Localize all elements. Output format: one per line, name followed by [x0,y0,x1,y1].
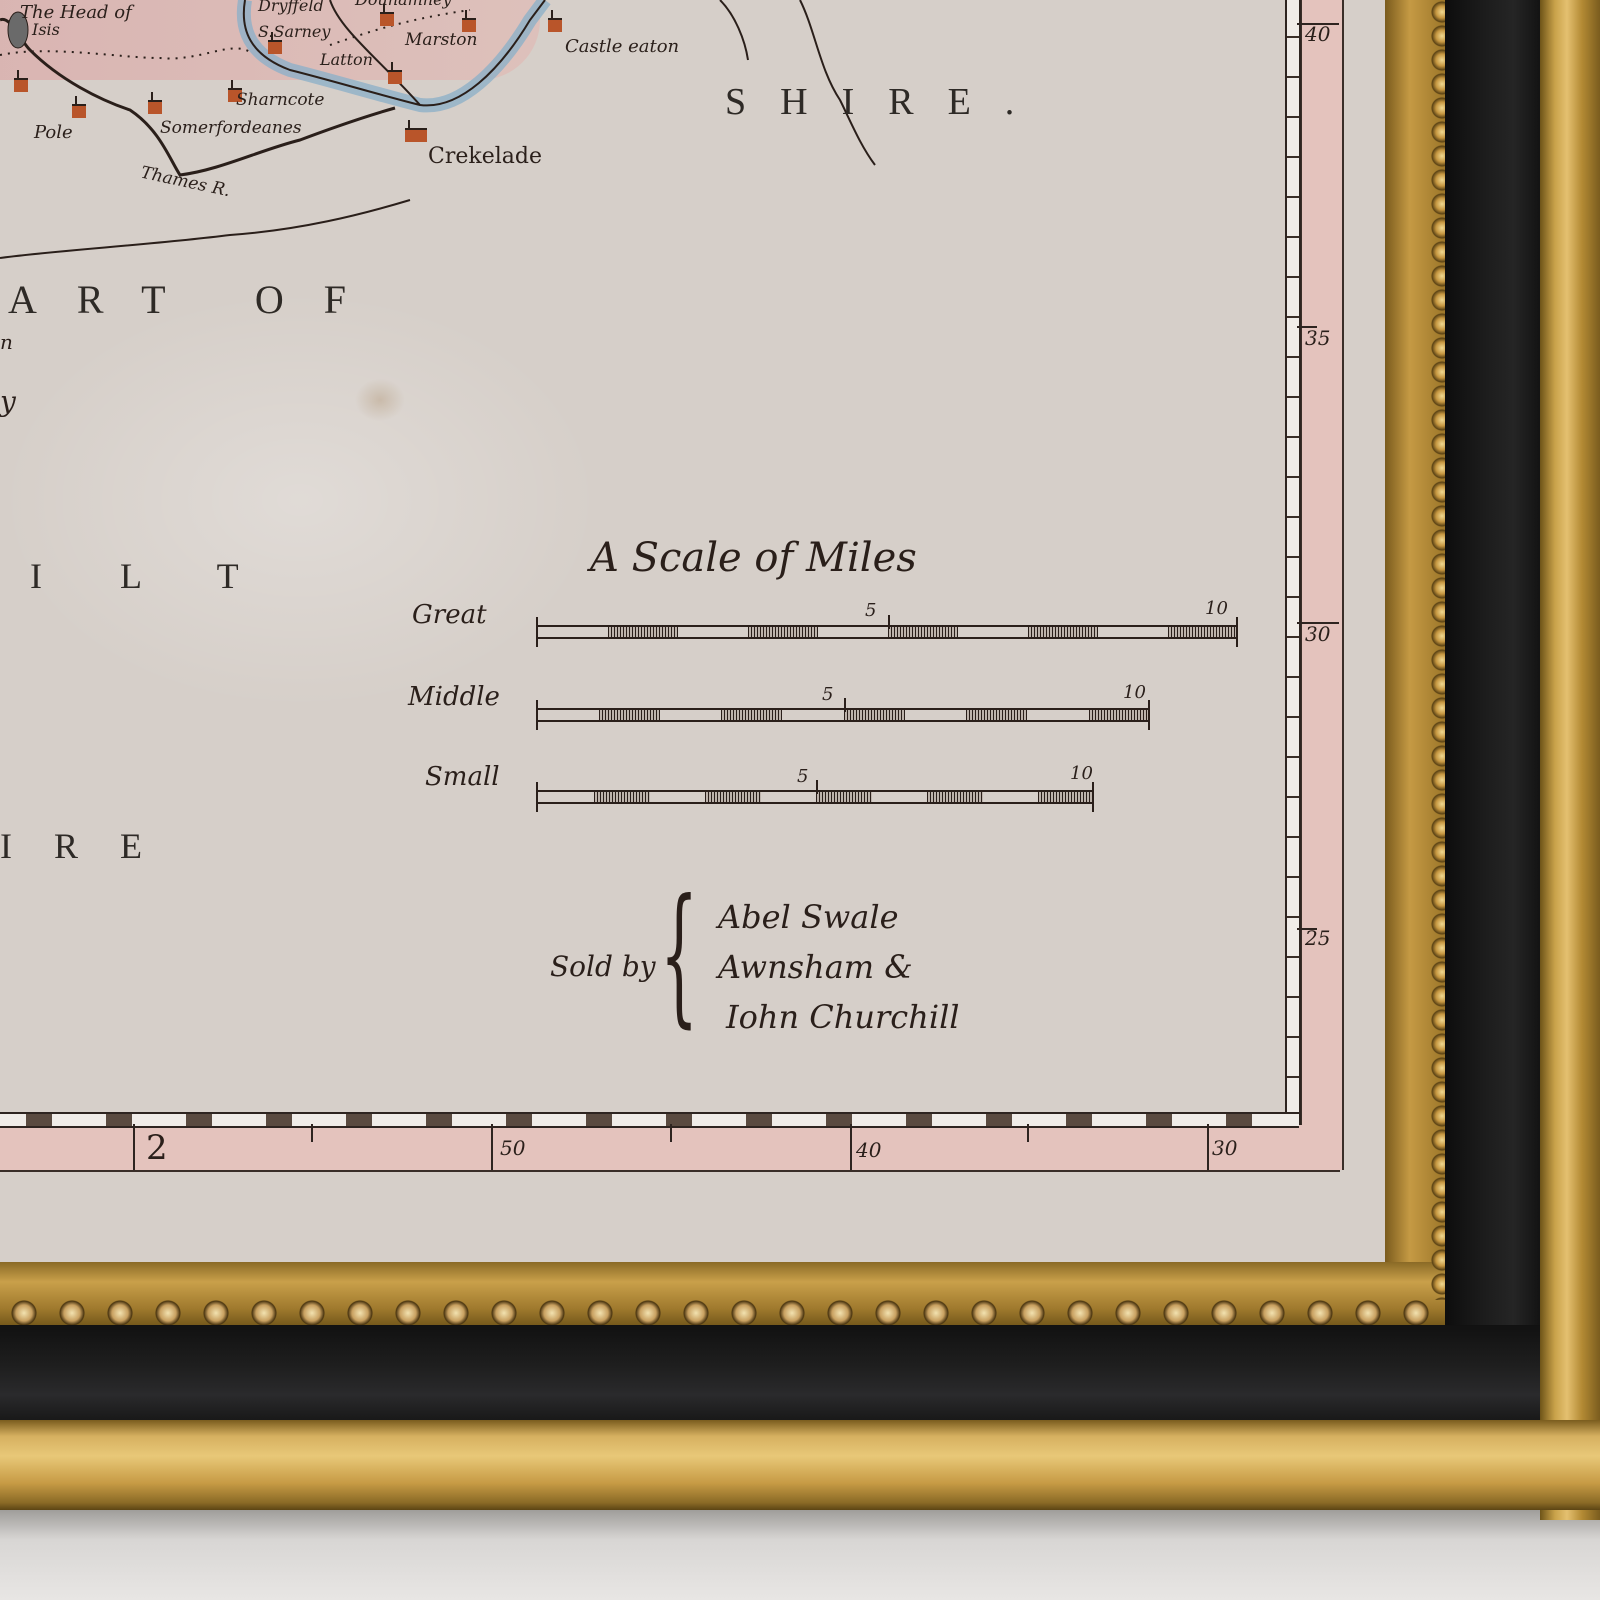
frame-ebonised-right [1445,0,1543,1430]
scale-end-small: 10 [1070,763,1093,784]
scale-label-middle: Middle [408,682,500,712]
frame-outer-gilt-bottom [0,1420,1600,1510]
town-symbol [72,104,86,118]
town-symbol [548,18,562,32]
scale-mid-great: 5 [865,600,876,621]
town-symbol [14,78,28,92]
scale-end-middle: 10 [1123,682,1146,703]
place-label: Dounamney [355,0,452,9]
county-label-shire: SHIRE. [725,80,1048,124]
graduated-border-bottom [0,1112,1299,1128]
degree-label: 30 [1305,622,1330,646]
frame-outer-gilt-right [1540,0,1600,1520]
brace-glyph: { [660,880,698,1030]
degree-label: 40 [856,1138,881,1162]
place-label: Dryffeld [258,0,324,15]
imprint-sold-by: Sold by [550,950,656,983]
scale-bar-middle [538,708,1150,722]
county-label-part-of: ART OF [8,276,386,323]
region-fragment: y [0,385,16,418]
degree-label: 50 [500,1136,525,1160]
place-label: Castle eaton [565,36,679,57]
place-label: Isis [32,20,60,39]
scale-bar-small [538,790,1094,804]
degree-label: 30 [1212,1136,1237,1160]
degree-label: 35 [1305,326,1330,350]
place-label: Somerfordeanes [160,118,302,138]
town-label-crekelade: Crekelade [428,144,542,169]
town-symbol [148,100,162,114]
scale-end-great: 10 [1205,598,1228,619]
imprint-line: Awnsham & [718,948,913,986]
imprint-line: Iohn Churchill [726,998,960,1036]
county-label-shire-lower: IRE [0,825,184,867]
degree-label: 2 [146,1128,168,1168]
map-paper: The Head of Isis Dryffeld S.Sarney Douna… [0,0,1395,1265]
place-label: Marston [405,30,477,50]
graduated-border-right [1285,0,1301,1125]
scale-mid-middle: 5 [822,684,833,705]
place-label: Pole [34,122,73,143]
scale-mid-small: 5 [797,766,808,787]
place-label: Latton [320,50,373,69]
background-surface [0,1500,1600,1600]
town-symbol-crekelade [405,128,427,142]
town-symbol [388,70,402,84]
scale-label-great: Great [412,600,487,630]
scale-title: A Scale of Miles [590,535,917,581]
degree-label: 40 [1305,22,1330,46]
frame-ebonised-bottom [0,1325,1543,1425]
place-label: S.Sarney [258,22,330,41]
degree-label: 25 [1305,926,1330,950]
map-border-right [1300,0,1344,1170]
scale-bar-great [538,625,1238,639]
imprint-line: Abel Swale [718,898,899,936]
town-symbol [268,40,282,54]
county-label-wilt: ILT [30,555,317,597]
town-symbol [380,12,394,26]
region-fragment: n [0,330,13,354]
scale-label-small: Small [425,762,500,792]
frame-bead-molding-bottom [0,1300,1440,1326]
place-label: Sharncote [236,90,324,110]
